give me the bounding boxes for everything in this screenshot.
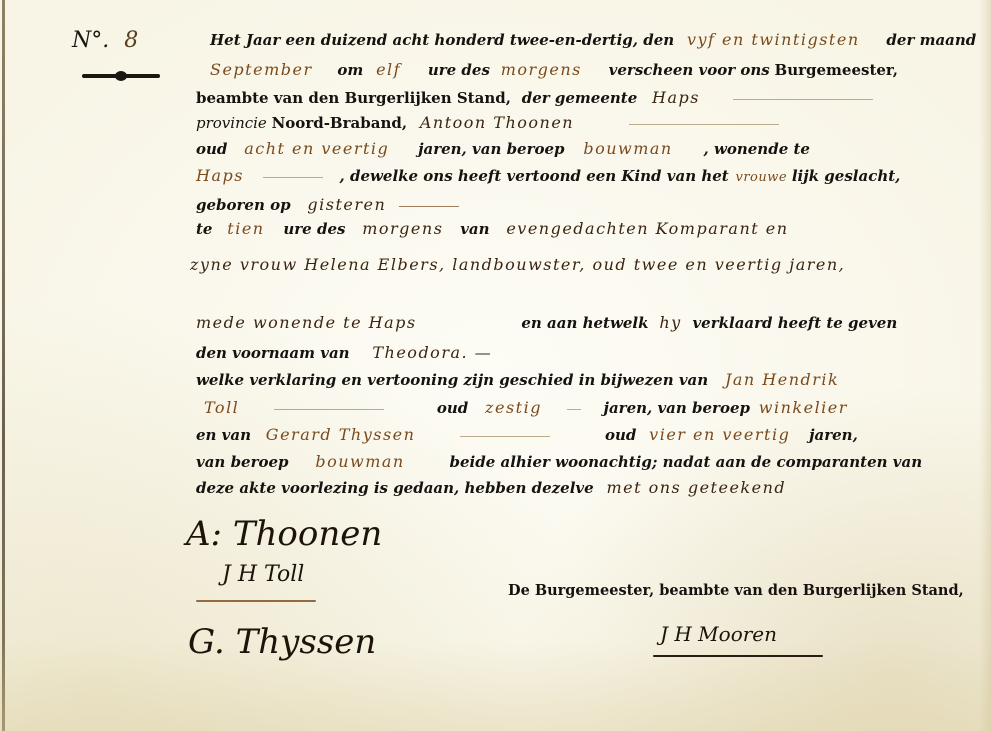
printed-text: oud (605, 426, 636, 444)
blank-line (274, 409, 384, 410)
handwritten-mother-details: zyne vrouw Helena Elbers, landbouwster, … (190, 255, 845, 274)
printed-text: deze akte voorlezing is gedaan, hebben d… (196, 479, 594, 497)
text-line-1: Het Jaar een duizend acht honderd twee-e… (210, 30, 976, 50)
printed-text: , dewelke ons heeft vertoond een Kind va… (340, 167, 729, 185)
printed-text: Burgemeester, (775, 61, 898, 79)
blank-line (263, 177, 323, 178)
handwritten-residence: Haps (196, 166, 244, 185)
printed-text: beambte van den Burgerlijken Stand, (196, 89, 511, 107)
printed-text: verklaard heeft te geven (692, 314, 897, 332)
printed-text: Noord-Braband, (272, 114, 407, 132)
handwritten-mother-residence: mede wonende te Haps (196, 313, 417, 332)
handwritten-sex: vrouwe (735, 170, 787, 185)
blank-line (460, 436, 550, 437)
handwritten-witness-1-occupation: winkelier (759, 398, 848, 417)
handwritten-witness-1-age: zestig (485, 398, 542, 417)
printed-text: jaren, van beroep (418, 140, 564, 158)
handwritten-municipality: Haps (652, 88, 700, 107)
printed-text: beide alhier woonachtig; nadat aan de co… (450, 453, 923, 471)
handwritten-birth-time-of-day: morgens (362, 219, 443, 238)
text-line-14: en van Gerard Thyssen oud vier en veerti… (196, 425, 858, 445)
printed-text: oud (437, 399, 468, 417)
signature-witness-2: G. Thyssen (188, 622, 376, 662)
handwritten-witness-2-name: Gerard Thyssen (266, 425, 416, 444)
text-line-13: Toll oud zestig jaren, van beroep winkel… (204, 398, 848, 418)
signature-witness-1: J H Toll (222, 562, 304, 587)
blank-line (733, 99, 873, 100)
printed-text: jaren, (809, 426, 858, 444)
printed-text: jaren, van beroep (604, 399, 750, 417)
text-line-12: welke verklaring en vertooning zijn gesc… (196, 370, 839, 390)
text-line-7: geboren op gisteren (196, 195, 459, 215)
printed-text: te (196, 220, 212, 238)
birth-certificate-page: N°. 8 Het Jaar een duizend acht honderd … (0, 0, 991, 731)
mayor-label: De Burgemeester, beambte van den Burgerl… (508, 582, 964, 599)
printed-text: lijk geslacht, (792, 167, 901, 185)
printed-text: geboren op (196, 196, 291, 214)
printed-text: en van (196, 426, 251, 444)
text-line-6: Haps , dewelke ons heeft vertoond een Ki… (196, 166, 900, 188)
page-edge-right (979, 0, 991, 731)
blank-line (399, 206, 459, 207)
handwritten-parent-text: evengedachten Komparant en (506, 219, 788, 238)
signature-underline (653, 655, 823, 657)
printed-text: van (460, 220, 489, 238)
printed-text: , wonende te (704, 140, 810, 158)
printed-text: der maand (886, 31, 976, 49)
text-line-16: deze akte voorlezing is gedaan, hebben d… (196, 478, 786, 498)
text-line-8: te tien ure des morgens van evengedachte… (196, 219, 789, 239)
handwritten-birth-hour: tien (227, 219, 264, 238)
text-line-10: mede wonende te Haps en aan hetwelk hy v… (196, 313, 897, 333)
printed-text: en aan hetwelk (521, 314, 648, 332)
signature-mayor: J H Mooren (660, 622, 777, 646)
printed-text: Het Jaar een duizend acht honderd twee-e… (210, 31, 674, 49)
text-line-2: September om elf ure des morgens versche… (210, 60, 898, 80)
handwritten-witness-1-name: Jan Hendrik (725, 370, 839, 389)
printed-text: provincie (196, 114, 267, 132)
handwritten-date-day: vyf en twintigsten (687, 30, 860, 49)
printed-text: den voornaam van (196, 344, 350, 362)
handwritten-child-name: Theodora. — (372, 343, 492, 362)
blank-line (567, 409, 581, 410)
handwritten-month: September (210, 60, 313, 79)
handwritten-time-of-day: morgens (501, 60, 582, 79)
handwritten-pronoun: hy (659, 313, 681, 332)
handwritten-witness-2-occupation: bouwman (315, 452, 404, 471)
handwritten-occupation: bouwman (583, 139, 672, 158)
paper-stain (0, 641, 991, 731)
printed-text: van beroep (196, 453, 289, 471)
handwritten-declarant-age: acht en veertig (244, 139, 389, 158)
printed-text: ure des (428, 61, 490, 79)
blank-line (629, 124, 779, 125)
text-line-3: beambte van den Burgerlijken Stand, der … (196, 88, 873, 108)
signature-declarant: A: Thoonen (186, 514, 382, 554)
printed-text: der gemeente (522, 89, 638, 107)
printed-text: welke verklaring en vertooning zijn gesc… (196, 371, 708, 389)
handwritten-witness-1-surname: Toll (204, 398, 239, 417)
act-number-label: N°. (72, 28, 109, 53)
printed-text: om (337, 61, 363, 79)
text-line-11: den voornaam van Theodora. — (196, 343, 492, 363)
handwritten-witness-2-age: vier en veertig (649, 425, 790, 444)
text-line-15: van beroep bouwman beide alhier woonacht… (196, 452, 922, 472)
act-number: N°. 8 (72, 28, 138, 53)
printed-text: oud (196, 140, 227, 158)
handwritten-birth-day: gisteren (307, 195, 386, 214)
printed-text: verscheen voor ons (609, 61, 770, 79)
text-line-9: zyne vrouw Helena Elbers, landbouwster, … (190, 255, 845, 275)
act-number-value: 8 (124, 28, 138, 53)
handwritten-signed-note: met ons geteekend (606, 478, 786, 497)
handwritten-declarant-name: Antoon Thoonen (420, 113, 574, 132)
signature-flourish (196, 600, 316, 602)
text-line-5: oud acht en veertig jaren, van beroep bo… (196, 139, 810, 159)
handwritten-hour: elf (376, 60, 401, 79)
page-edge (2, 0, 5, 731)
ornament-divider (82, 74, 160, 78)
text-line-4: provincie Noord-Braband, Antoon Thoonen (196, 113, 779, 133)
printed-text: ure des (283, 220, 345, 238)
